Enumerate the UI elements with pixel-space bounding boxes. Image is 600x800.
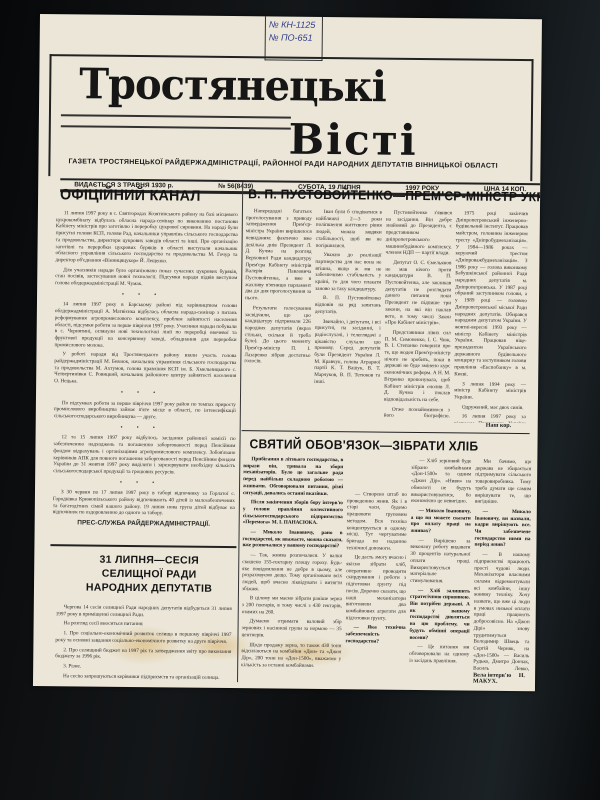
paragraph: 1975 році закінчив Дніпропетровський інж…: [454, 210, 528, 378]
agenda-item: 1. Про соціально-економічний розвиток се…: [55, 630, 231, 645]
paragraph: Представники лівих сил П. М. Симоненко, …: [384, 330, 451, 404]
paragraph: Для учасників наради було організовано п…: [55, 267, 237, 289]
newspaper-page: № КН-1125 № ПО-651 Тростянецькі Вісті ГА…: [33, 14, 542, 691]
question: — Миколо Івановичу, ви назвали, кадри ви…: [474, 509, 530, 550]
question: — Миколо Івановичу, рано в господарстві,…: [242, 529, 342, 550]
paragraph: Результати голосування засвідчили, що цю…: [244, 305, 311, 366]
agenda-item: 3. Різне.: [55, 663, 231, 672]
article-premier-col1: Напередодні багатьох проголосування з пр…: [244, 208, 312, 417]
article-harvest-col4: Ми бачимо, що держава не збирається підт…: [473, 459, 531, 672]
paragraph: Ми бачимо, що держава не збирається підт…: [475, 459, 531, 507]
byline-our-correspondent: Наш кор.: [486, 423, 512, 429]
paragraph: Звичайно, і депутати, і всі присутні, на…: [314, 318, 381, 386]
article-harvest-col1: Прибігання в літнього господарства, в ви…: [241, 456, 343, 677]
paragraph: Уважно до реалізації партнерства для нас…: [315, 252, 381, 293]
paragraph: — Створено штаб по проведенню жнив. Як і…: [346, 491, 407, 552]
paragraph: 12 та 15 липня 1997 року відбулось засід…: [53, 435, 235, 477]
stamp-line: № ПО-651: [269, 31, 319, 45]
question: — Миколо Івановичу, а що ви можете сказа…: [411, 508, 471, 535]
article-harvest-col2: — Створено штаб по проведенню жнив. Як і…: [345, 491, 407, 678]
paragraph: Думаємо отримати валовий збір зернових і…: [241, 619, 341, 640]
section-divider: [242, 430, 530, 434]
stamp-line: № КН-1125: [269, 18, 319, 32]
separator-dots: •••: [54, 389, 236, 398]
paragraph: По підсумках роботи за перше півріччя 19…: [54, 400, 236, 422]
paragraph: 11 липня 1997 року в с. Святгородах Козя…: [55, 210, 238, 266]
lead-paragraph: Після закінчення зборів бору інтерв'ю у …: [243, 499, 343, 527]
paragraph: Одружений, має двох синів.: [454, 404, 526, 411]
paragraph: Іван були б сподіватися в найближчі 2—3 …: [316, 209, 382, 250]
paragraph: Напередодні багатьох проголосування з пр…: [245, 208, 312, 303]
article-harvest-col3: — Хліб зерновий буде зібрано комбайнами …: [409, 458, 471, 679]
article-premier-col3: Пустовойтенко з'явився на засідання. Він…: [384, 210, 452, 419]
interview-signature: Вела інтерв'ю Н. МАКУХ.: [473, 673, 535, 686]
paragraph: — Так, жнива розпочалися. У валки скошен…: [242, 552, 342, 593]
separator-dots: •••: [53, 479, 235, 488]
headline-official-channel: ОФІЦІЙНИЙ КАНАЛ: [60, 186, 201, 204]
separator-dots: •••: [54, 424, 236, 433]
paragraph: Пустовойтенко з'явився на засідання. Він…: [385, 210, 451, 258]
paragraph: На розгляд сесії вноситься питання:: [56, 621, 232, 630]
headline-line: 31 ЛИПНЯ—СЕСІЯ: [74, 552, 224, 568]
signature-press-service: ПРЕС-СЛУЖБА РАЙДЕРЖАДМІНІСТРАЦІЇ.: [53, 520, 235, 529]
decorative-lines: [61, 114, 291, 129]
newspaper-title-line2: Вісті: [288, 115, 418, 165]
article-official-channel: 11 липня 1997 року в с. Святгородах Козя…: [52, 210, 238, 584]
paragraph: Депутат О. С. Ємельянов не мав нічого пр…: [385, 260, 452, 328]
agenda-item: 2. Про селищний бюджет на 1997 рік та за…: [55, 647, 231, 662]
paragraph: Чергова 14 сесія селищної Ради народних …: [56, 604, 232, 619]
paragraph: 16 липня 1997 року за підписом Президент…: [454, 414, 526, 423]
masthead-subtitle: ГАЗЕТА ТРОСТЯНЕЦЬКОЇ РАЙДЕРЖАДМІНІСТРАЦІ…: [68, 158, 497, 169]
question: — Яка технічна забезпеченість господарст…: [345, 625, 405, 646]
archive-stamp: № КН-1125 № ПО-651: [265, 16, 323, 61]
headline-harvest: СВЯТИЙ ОБОВ'ЯЗОК—ЗІБРАТИ ХЛІБ: [249, 436, 478, 453]
paragraph: У роботі наради від Тростянецького район…: [54, 352, 236, 387]
paragraph: — Вирішено за виконану роботу видавати 3…: [410, 538, 470, 586]
paragraph: — Це питання ми обговорювали на одному і…: [409, 644, 469, 665]
paragraph: Це дасть змогу вчасно і якісно зібрати х…: [346, 555, 407, 623]
headline-line: СЕЛИЩНОЇ РАДИ: [74, 566, 224, 582]
paragraph: — В нашому підприємстві працюють прості …: [473, 552, 530, 671]
paragraph: 14 липня 1997 року в Барському районі пі…: [54, 302, 236, 351]
separator-dots: •••: [55, 291, 237, 300]
article-premier-col2: Іван були б сподіватися в найближчі 2—3 …: [314, 209, 382, 418]
paragraph: З 30 червня по 17 липня 1997 року в табо…: [53, 489, 235, 518]
article-premier-col4: 1975 році закінчив Дніпропетровський інж…: [454, 210, 528, 423]
paragraph: Отже познайомимося з його біографією. Пу…: [384, 406, 450, 418]
headline-line: НАРОДНИХ ДЕПУТАТІВ: [74, 580, 224, 596]
lead-paragraph: Прибігання в літнього господарства, в ви…: [243, 456, 343, 497]
paragraph: З липня 1994 року — міністр Кабінету мін…: [454, 381, 526, 402]
article-session: Чергова 14 сесія селищної Ради народних …: [55, 604, 232, 691]
headline-premier: В. П. ПУСТОВОЙТЕНКО—ПРЕМ'ЄР-МІНІСТР УКРА…: [248, 186, 542, 204]
question: — Хліб залишить стратегічною сировиною. …: [409, 588, 470, 642]
paragraph: На сесію запрошуються керівники підприєм…: [55, 673, 231, 682]
paragraph: Щодо продажу зерна, то також 430 тонн ві…: [241, 642, 341, 670]
masthead: Тростянецькі Вісті ГАЗЕТА ТРОСТЯНЕЦЬКОЇ …: [48, 54, 533, 181]
paragraph: В. П. Пустовойтенко відповів на ряд запи…: [315, 295, 381, 316]
headline-session: 31 ЛИПНЯ—СЕСІЯ СЕЛИЩНОЇ РАДИ НАРОДНИХ ДЕ…: [74, 552, 224, 596]
paragraph: — Хліб зерновий буде зібрано комбайнами …: [411, 458, 471, 506]
newspaper-title-line1: Тростянецькі: [79, 59, 386, 112]
paragraph: В цілому ми маємо зібрати раніше зерна з…: [242, 596, 342, 617]
